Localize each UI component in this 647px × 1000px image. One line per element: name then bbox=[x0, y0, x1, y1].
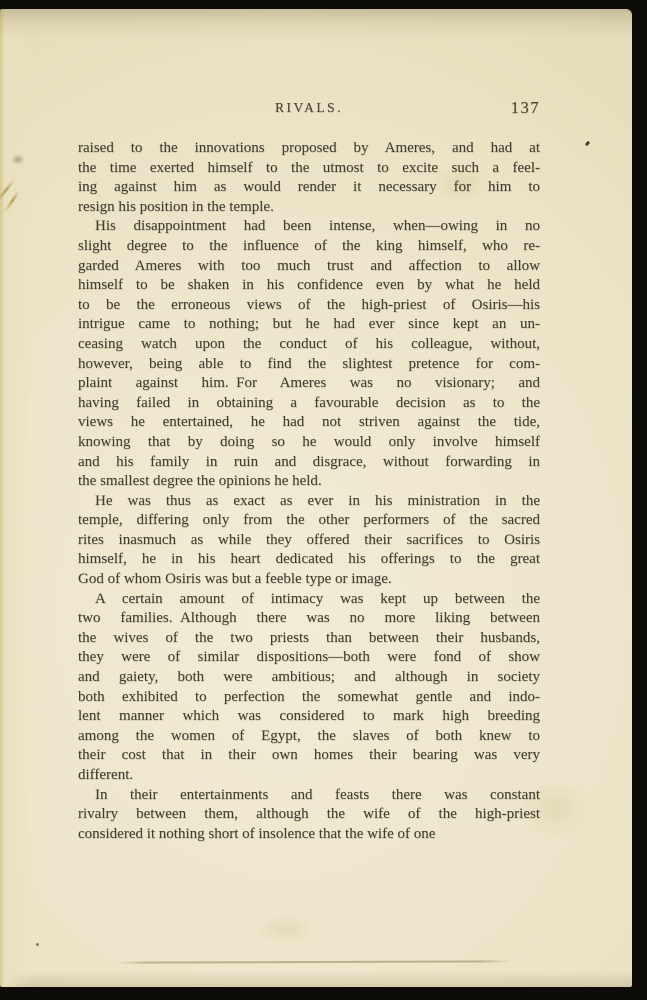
text-line: having failed in obtaining a favourable … bbox=[78, 394, 540, 414]
text-line: God of whom Osiris was but a feeble type… bbox=[78, 570, 540, 590]
text-line: among the women of Egypt, the slaves of … bbox=[78, 727, 540, 747]
text-line: His disappointment had been intense, whe… bbox=[78, 217, 540, 237]
text-line: ceasing watch upon the conduct of his co… bbox=[78, 335, 540, 355]
text-line: plaint against him. For Ameres was no vi… bbox=[78, 374, 540, 394]
text-line: himself to be shaken in his confidence e… bbox=[78, 276, 540, 296]
pen-mark bbox=[3, 190, 20, 213]
text-line: to be the erroneous views of the high-pr… bbox=[78, 296, 540, 316]
text-line: A certain amount of intimacy was kept up… bbox=[78, 590, 540, 610]
paragraph: His disappointment had been intense, whe… bbox=[78, 217, 540, 491]
running-title: RIVALS. bbox=[275, 100, 343, 116]
paragraph: A certain amount of intimacy was kept up… bbox=[78, 590, 540, 786]
ink-speck bbox=[585, 141, 591, 147]
text-line: raised to the innovations proposed by Am… bbox=[78, 139, 540, 159]
text-line: slight degree to the influence of the ki… bbox=[78, 237, 540, 257]
text-line: the wives of the two priests than betwee… bbox=[78, 629, 540, 649]
page-surface: RIVALS. 137 raised to the innovations pr… bbox=[0, 9, 632, 987]
text-line: rivalry between them, although the wife … bbox=[78, 805, 540, 825]
paragraph: In their entertainments and feasts there… bbox=[78, 786, 540, 845]
text-line: the time exerted himself to the utmost t… bbox=[78, 159, 540, 179]
text-line: He was thus as exact as ever in his mini… bbox=[78, 492, 540, 512]
text-line: and his family in ruin and disgrace, wit… bbox=[78, 453, 540, 473]
crease-line bbox=[116, 960, 512, 963]
text-block: raised to the innovations proposed by Am… bbox=[78, 139, 540, 844]
text-line: considered it nothing short of insolence… bbox=[78, 825, 540, 845]
text-line: different. bbox=[78, 766, 540, 786]
text-line: two families. Although there was no more… bbox=[78, 609, 540, 629]
paragraph: He was thus as exact as ever in his mini… bbox=[78, 492, 540, 590]
text-line: however, being able to find the slightes… bbox=[78, 355, 540, 375]
text-line: lent manner which was considered to mark… bbox=[78, 707, 540, 727]
paper-stain bbox=[255, 914, 315, 944]
text-line: resign his position in the temple. bbox=[78, 198, 540, 218]
text-line: garded Ameres with too much trust and af… bbox=[78, 257, 540, 277]
text-line: both exhibited to perfection the somewha… bbox=[78, 688, 540, 708]
text-line: temple, differing only from the other pe… bbox=[78, 511, 540, 531]
text-line: ing against him as would render it neces… bbox=[78, 178, 540, 198]
text-line: himself, he in his heart dedicated his o… bbox=[78, 550, 540, 570]
text-line: knowing that by doing so he would only i… bbox=[78, 433, 540, 453]
scanned-book-page: RIVALS. 137 raised to the innovations pr… bbox=[0, 0, 647, 1000]
text-line: their cost that in their own homes their… bbox=[78, 746, 540, 766]
text-line: rites inasmuch as while they offered the… bbox=[78, 531, 540, 551]
text-line: views he entertained, he had not striven… bbox=[78, 413, 540, 433]
text-line: and gaiety, both were ambitious; and alt… bbox=[78, 668, 540, 688]
text-line: In their entertainments and feasts there… bbox=[78, 786, 540, 806]
paragraph: raised to the innovations proposed by Am… bbox=[78, 139, 540, 217]
text-line: the smallest degree the opinions he held… bbox=[78, 472, 540, 492]
book-fore-edge bbox=[632, 34, 647, 992]
pencil-smudge bbox=[11, 154, 25, 165]
ink-speck bbox=[36, 943, 39, 946]
text-line: they were of similar dispositions—both w… bbox=[78, 648, 540, 668]
page-header: RIVALS. 137 bbox=[78, 100, 540, 120]
page-number: 137 bbox=[511, 98, 540, 118]
text-line: intrigue came to nothing; but he had eve… bbox=[78, 315, 540, 335]
